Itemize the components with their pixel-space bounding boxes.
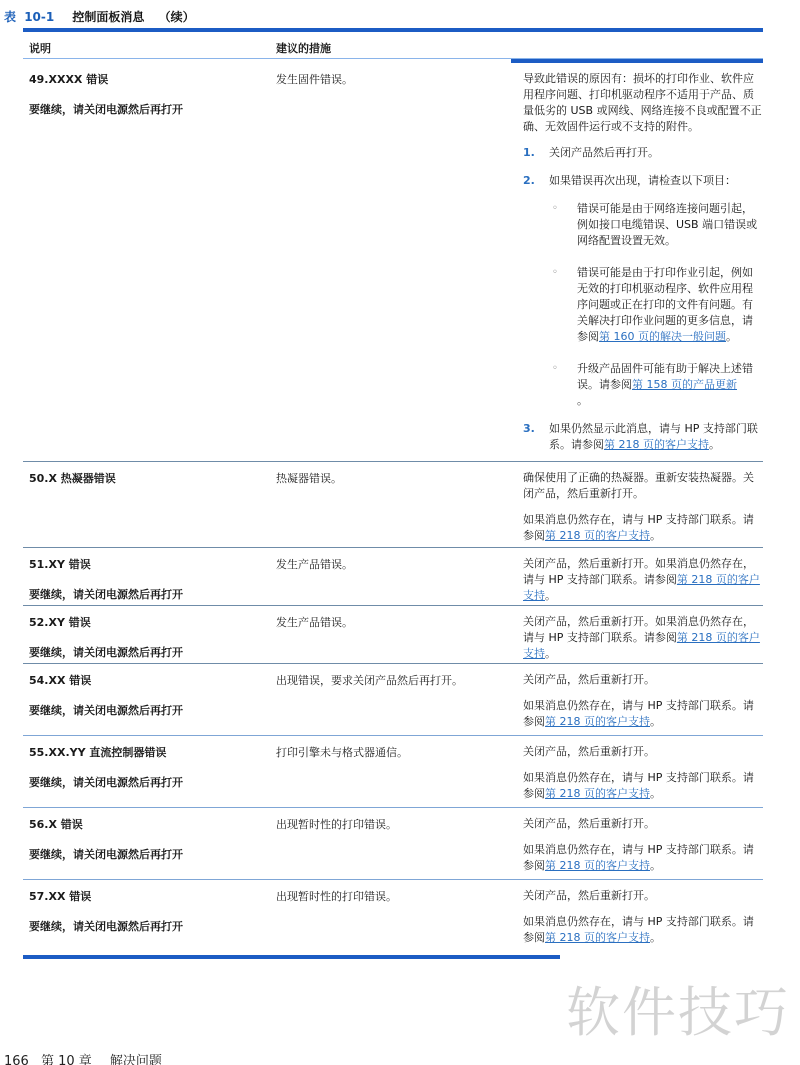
- description-cell: 出现暂时性的打印错误。: [276, 888, 516, 904]
- link-customer-support[interactable]: 第 218 页的客户支持: [604, 438, 709, 451]
- description-cell: 热凝器错误。: [276, 470, 516, 486]
- punctuation: 。: [545, 647, 556, 660]
- message-cell: 55.XX.YY 直流控制器错误 要继续，请关闭电源然后再打开: [29, 744, 269, 790]
- bullet-item: ◦ 错误可能是由于网络连接问题引起，例如接口电缆错误、USB 端口错误或网络配置…: [549, 201, 763, 249]
- punctuation: 。: [726, 330, 737, 343]
- table-row: 51.XY 错误 要继续，请关闭电源然后再打开 发生产品错误。 关闭产品，然后重…: [23, 548, 763, 606]
- message-cell: 57.XX 错误 要继续，请关闭电源然后再打开: [29, 888, 269, 934]
- action-text: 如果消息仍然存在，请与 HP 支持部门联系。请参阅第 218 页的客户支持。: [523, 698, 763, 730]
- table-bottom-rule: [23, 955, 560, 959]
- table-header: 说明 建议的措施: [23, 32, 763, 59]
- message-cell: 56.X 错误 要继续，请关闭电源然后再打开: [29, 816, 269, 862]
- error-code: 52.XY 错误: [29, 614, 269, 630]
- action-steps: 1. 关闭产品然后再打开。 2. 如果错误再次出现，请检查以下项目： ◦ 错误可…: [523, 145, 763, 453]
- sub-bullets: ◦ 错误可能是由于网络连接问题引起，例如接口电缆错误、USB 端口错误或网络配置…: [549, 201, 763, 409]
- action-text: 如果消息仍然存在，请与 HP 支持部门联系。请参阅第 218 页的客户支持。: [523, 842, 763, 874]
- action-text: 关闭产品，然后重新打开。: [523, 672, 763, 688]
- link-general-problems[interactable]: 第 160 页的解决一般问题: [599, 330, 726, 343]
- link-customer-support[interactable]: 第 218 页的客户支持: [545, 715, 650, 728]
- action-text: 如果消息仍然存在，请与 HP 支持部门联系。请参阅第 218 页的客户支持。: [523, 512, 763, 544]
- action-text: 如果消息仍然存在，请与 HP 支持部门联系。请参阅第 218 页的客户支持。: [523, 770, 763, 802]
- action-intro: 导致此错误的原因有：损坏的打印作业、软件应用程序问题、打印机驱动程序不适用于产品…: [523, 71, 763, 135]
- section-title: 解决问题: [110, 1054, 162, 1065]
- punctuation: 。: [650, 859, 661, 872]
- step-item: 3. 如果仍然显示此消息，请与 HP 支持部门联系。请参阅第 218 页的客户支…: [523, 421, 763, 453]
- link-product-updates[interactable]: 第 158 页的产品更新: [632, 378, 737, 391]
- caption-continued: （续）: [159, 10, 195, 24]
- table-row: 50.X 热凝器错误 热凝器错误。 确保使用了正确的热凝器。重新安装热凝器。关闭…: [23, 462, 763, 548]
- description-cell: 发生产品错误。: [276, 556, 516, 572]
- header-description: 说明: [29, 40, 51, 56]
- circle-bullet-icon: ◦: [552, 201, 558, 217]
- action-text: 关闭产品，然后重新打开。: [523, 744, 763, 760]
- punctuation: 。: [650, 529, 661, 542]
- description-cell: 发生产品错误。: [276, 614, 516, 630]
- bullet-item: ◦ 错误可能是由于打印作业引起，例如无效的打印机驱动程序、软件应用程序问题或正在…: [549, 265, 763, 345]
- step-item: 1. 关闭产品然后再打开。: [523, 145, 763, 161]
- bullet-item: ◦ 升级产品固件可能有助于解决上述错误。请参阅第 158 页的产品更新。: [549, 361, 763, 409]
- action-text: 关闭产品，然后重新打开。: [523, 888, 763, 904]
- message-cell: 49.XXXX 错误 要继续，请关闭电源然后再打开: [29, 71, 269, 117]
- step-text: 如果错误再次出现，请检查以下项目：: [549, 174, 736, 187]
- error-instruction: 要继续，请关闭电源然后再打开: [29, 918, 269, 934]
- message-cell: 54.XX 错误 要继续，请关闭电源然后再打开: [29, 672, 269, 718]
- circle-bullet-icon: ◦: [552, 361, 558, 377]
- error-instruction: 要继续，请关闭电源然后再打开: [29, 702, 269, 718]
- control-panel-messages-table: 说明 建议的措施 49.XXXX 错误 要继续，请关闭电源然后再打开 发生固件错…: [23, 32, 763, 950]
- description-cell: 打印引擎未与格式器通信。: [276, 744, 516, 760]
- error-code: 49.XXXX 错误: [29, 71, 269, 87]
- bullet-text: 错误可能是由于网络连接问题引起，例如接口电缆错误、USB 端口错误或网络配置设置…: [577, 202, 757, 247]
- action-cell: 关闭产品，然后重新打开。 如果消息仍然存在，请与 HP 支持部门联系。请参阅第 …: [523, 816, 763, 884]
- message-cell: 52.XY 错误 要继续，请关闭电源然后再打开: [29, 614, 269, 660]
- error-code: 54.XX 错误: [29, 672, 269, 688]
- page-number: 166: [4, 1054, 29, 1065]
- punctuation: 。: [650, 787, 661, 800]
- page-footer: 166 第 10 章 解决问题: [4, 1050, 170, 1065]
- caption-number: 10-1: [24, 10, 54, 24]
- action-text: 如果消息仍然存在，请与 HP 支持部门联系。请参阅第 218 页的客户支持。: [523, 914, 763, 946]
- step-text: 关闭产品然后再打开。: [549, 146, 659, 159]
- action-text: 关闭产品，然后重新打开。: [523, 816, 763, 832]
- punctuation: 。: [709, 438, 720, 451]
- punctuation: 。: [577, 394, 588, 407]
- link-customer-support[interactable]: 第 218 页的客户支持: [545, 931, 650, 944]
- circle-bullet-icon: ◦: [552, 265, 558, 281]
- error-code: 56.X 错误: [29, 816, 269, 832]
- action-cell: 确保使用了正确的热凝器。重新安装热凝器。关闭产品，然后重新打开。 如果消息仍然存…: [523, 470, 763, 554]
- description-cell: 发生固件错误。: [276, 71, 516, 87]
- error-instruction: 要继续，请关闭电源然后再打开: [29, 101, 269, 117]
- error-code: 50.X 热凝器错误: [29, 470, 269, 486]
- action-cell: 关闭产品，然后重新打开。 如果消息仍然存在，请与 HP 支持部门联系。请参阅第 …: [523, 888, 763, 956]
- description-cell: 出现暂时性的打印错误。: [276, 816, 516, 832]
- error-code: 51.XY 错误: [29, 556, 269, 572]
- caption-label: 表: [4, 10, 16, 24]
- punctuation: 。: [650, 715, 661, 728]
- error-instruction: 要继续，请关闭电源然后再打开: [29, 644, 269, 660]
- action-text: 关闭产品，然后重新打开。如果消息仍然存在，请与 HP 支持部门联系。请参阅第 2…: [523, 556, 763, 604]
- table-caption: 表 10-1 控制面板消息 （续）: [4, 8, 195, 25]
- punctuation: 。: [650, 931, 661, 944]
- table-row: 52.XY 错误 要继续，请关闭电源然后再打开 发生产品错误。 关闭产品，然后重…: [23, 606, 763, 664]
- action-cell: 关闭产品，然后重新打开。 如果消息仍然存在，请与 HP 支持部门联系。请参阅第 …: [523, 672, 763, 740]
- table-row: 55.XX.YY 直流控制器错误 要继续，请关闭电源然后再打开 打印引擎未与格式…: [23, 736, 763, 808]
- link-customer-support[interactable]: 第 218 页的客户支持: [545, 787, 650, 800]
- error-instruction: 要继续，请关闭电源然后再打开: [29, 586, 269, 602]
- punctuation: 。: [545, 589, 556, 602]
- action-cell: 关闭产品，然后重新打开。 如果消息仍然存在，请与 HP 支持部门联系。请参阅第 …: [523, 744, 763, 812]
- table-row: 56.X 错误 要继续，请关闭电源然后再打开 出现暂时性的打印错误。 关闭产品，…: [23, 808, 763, 880]
- link-customer-support[interactable]: 第 218 页的客户支持: [545, 529, 650, 542]
- error-code: 55.XX.YY 直流控制器错误: [29, 744, 269, 760]
- table-row: 57.XX 错误 要继续，请关闭电源然后再打开 出现暂时性的打印错误。 关闭产品…: [23, 880, 763, 950]
- error-instruction: 要继续，请关闭电源然后再打开: [29, 774, 269, 790]
- link-customer-support[interactable]: 第 218 页的客户支持: [545, 859, 650, 872]
- watermark: 软件技巧: [566, 970, 790, 1047]
- step-number: 2.: [523, 173, 535, 189]
- message-cell: 51.XY 错误 要继续，请关闭电源然后再打开: [29, 556, 269, 602]
- action-cell: 导致此错误的原因有：损坏的打印作业、软件应用程序问题、打印机驱动程序不适用于产品…: [523, 71, 763, 465]
- description-cell: 出现错误，要求关闭产品然后再打开。: [276, 672, 516, 688]
- error-code: 57.XX 错误: [29, 888, 269, 904]
- header-recommended-action: 建议的措施: [276, 40, 331, 56]
- step-number: 1.: [523, 145, 535, 161]
- error-instruction: 要继续，请关闭电源然后再打开: [29, 846, 269, 862]
- step-item: 2. 如果错误再次出现，请检查以下项目： ◦ 错误可能是由于网络连接问题引起，例…: [523, 173, 763, 409]
- action-text: 确保使用了正确的热凝器。重新安装热凝器。关闭产品，然后重新打开。: [523, 470, 763, 502]
- table-row: 54.XX 错误 要继续，请关闭电源然后再打开 出现错误，要求关闭产品然后再打开…: [23, 664, 763, 736]
- table-row: 49.XXXX 错误 要继续，请关闭电源然后再打开 发生固件错误。 导致此错误的…: [23, 63, 763, 462]
- step-number: 3.: [523, 421, 535, 437]
- message-cell: 50.X 热凝器错误: [29, 470, 269, 486]
- action-text: 关闭产品，然后重新打开。如果消息仍然存在，请与 HP 支持部门联系。请参阅第 2…: [523, 614, 763, 662]
- chapter-label: 第 10 章: [41, 1054, 92, 1065]
- caption-title: 控制面板消息: [72, 10, 144, 24]
